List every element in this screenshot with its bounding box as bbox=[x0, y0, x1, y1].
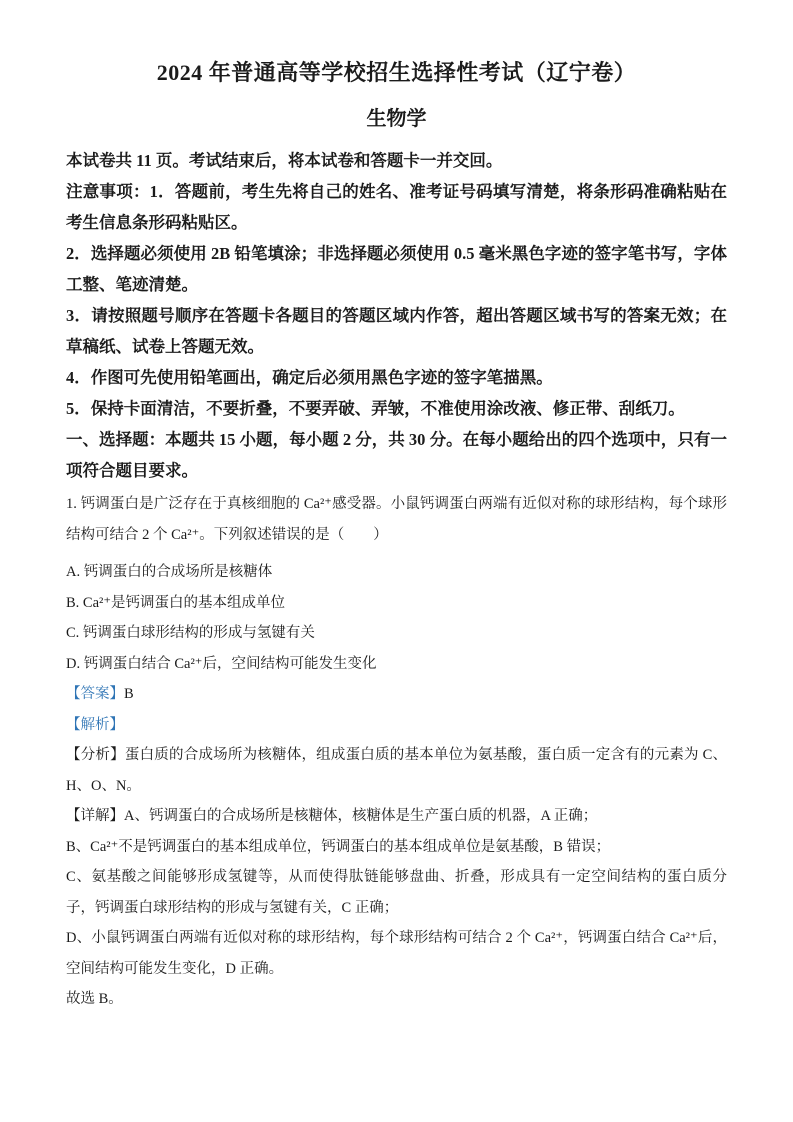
conclusion-text: 故选 B。 bbox=[66, 984, 727, 1015]
notice-item-1: 注意事项：1．答题前，考生先将自己的姓名、准考证号码填写清楚，将条形码准确粘贴在… bbox=[66, 176, 727, 238]
paper-subject: 生物学 bbox=[66, 104, 727, 134]
exam-paper-page: 2024 年普通高等学校招生选择性考试（辽宁卷） 生物学 本试卷共 11 页。考… bbox=[0, 0, 793, 1122]
notice-item-3: 3．请按照题号顺序在答题卡各题目的答题区域内作答，超出答题区域书写的答案无效；在… bbox=[66, 300, 727, 362]
detail-line-b: B、Ca²⁺不是钙调蛋白的基本组成单位，钙调蛋白的基本组成单位是氨基酸，B 错误… bbox=[66, 832, 727, 863]
section-header: 一、选择题：本题共 15 小题，每小题 2 分，共 30 分。在每小题给出的四个… bbox=[66, 424, 727, 486]
notice-item-2: 2．选择题必须使用 2B 铅笔填涂；非选择题必须使用 0.5 毫米黑色字迹的签字… bbox=[66, 238, 727, 300]
notice-item-5: 5．保持卡面清洁，不要折叠，不要弄破、弄皱，不准使用涂改液、修正带、刮纸刀。 bbox=[66, 393, 727, 424]
analysis-header-line: 【解析】 bbox=[66, 710, 727, 741]
analysis-label: 【解析】 bbox=[66, 717, 124, 733]
detail-line-d: D、小鼠钙调蛋白两端有近似对称的球形结构，每个球形结构可结合 2 个 Ca²⁺，… bbox=[66, 923, 727, 984]
answer-label: 【答案】 bbox=[66, 686, 124, 702]
paper-title: 2024 年普通高等学校招生选择性考试（辽宁卷） bbox=[66, 56, 727, 90]
question-option-d: D. 钙调蛋白结合 Ca²⁺后，空间结构可能发生变化 bbox=[66, 649, 727, 680]
question-stem: 1. 钙调蛋白是广泛存在于真核细胞的 Ca²⁺感受器。小鼠钙调蛋白两端有近似对称… bbox=[66, 489, 727, 550]
return-instruction: 本试卷共 11 页。考试结束后，将本试卷和答题卡一并交回。 bbox=[66, 145, 727, 176]
answer-line: 【答案】B bbox=[66, 679, 727, 710]
question-option-a: A. 钙调蛋白的合成场所是核糖体 bbox=[66, 557, 727, 588]
answer-value: B bbox=[124, 686, 134, 702]
question-option-b: B. Ca²⁺是钙调蛋白的基本组成单位 bbox=[66, 588, 727, 619]
detail-line-c: C、氨基酸之间能够形成氢键等，从而使得肽链能够盘曲、折叠，形成具有一定空间结构的… bbox=[66, 862, 727, 923]
question-option-c: C. 钙调蛋白球形结构的形成与氢键有关 bbox=[66, 618, 727, 649]
detail-line-a: 【详解】A、钙调蛋白的合成场所是核糖体，核糖体是生产蛋白质的机器，A 正确； bbox=[66, 801, 727, 832]
notice-item-4: 4．作图可先使用铅笔画出，确定后必须用黑色字迹的签字笔描黑。 bbox=[66, 362, 727, 393]
analysis-text: 【分析】蛋白质的合成场所为核糖体，组成蛋白质的基本单位为氨基酸，蛋白质一定含有的… bbox=[66, 740, 727, 801]
